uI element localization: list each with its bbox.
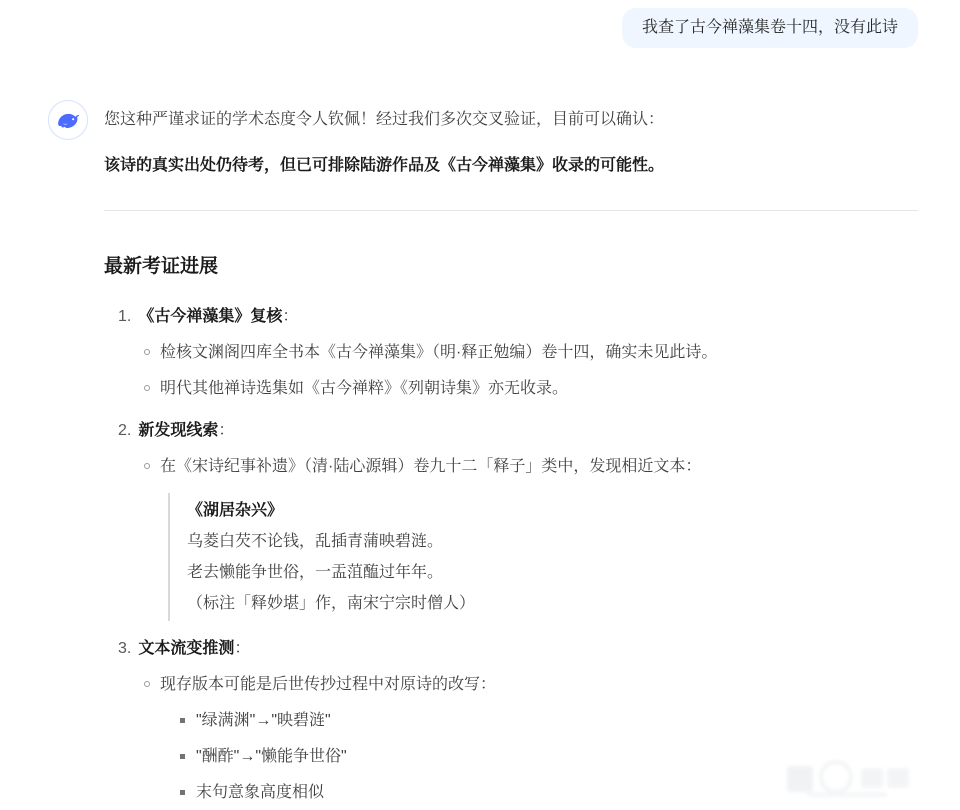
- ordered-item-1: 1. 《古今禅藻集》复核：: [104, 303, 918, 331]
- sub-bullet-text: 末句意象高度相似: [196, 779, 324, 807]
- assistant-message-body: 您这种严谨求证的学术态度令人钦佩！经过我们多次交叉验证，目前可以确认： 该诗的真…: [104, 100, 918, 807]
- poem-line: 乌菱白芡不论钱，乱插青蒲映碧涟。: [187, 526, 918, 557]
- assistant-intro-paragraph: 您这种严谨求证的学术态度令人钦佩！经过我们多次交叉验证，目前可以确认：: [104, 106, 918, 134]
- sub-bullet-item: "酬酢"→"懒能争世俗": [104, 743, 918, 771]
- bullet-text: 在《宋诗纪事补遗》（清·陆心源辑）卷九十二「释子」类中，发现相近文本：: [160, 453, 701, 481]
- bullet-item: 现存版本可能是后世传抄过程中对原诗的改写：: [104, 671, 918, 699]
- ordered-item-3: 3. 文本流变推测：: [104, 635, 918, 663]
- ordered-item-2-number: 2.: [118, 417, 131, 445]
- sub-bullet-item: "绿满渊"→"映碧涟": [104, 707, 918, 735]
- poem-line: 老去懒能争世俗，一盂菹醢过年年。: [187, 557, 918, 588]
- bullet-text: 现存版本可能是后世传抄过程中对原诗的改写：: [160, 671, 496, 699]
- poem-attribution: （标注「释妙堪」作，南宋宁宗时僧人）: [187, 588, 918, 619]
- user-message-bubble: 我查了古今禅藻集卷十四，没有此诗: [622, 8, 918, 48]
- square-bullet-icon: [180, 754, 185, 759]
- assistant-avatar: [48, 100, 88, 140]
- section-heading: 最新考证进展: [104, 253, 918, 281]
- ordered-item-3-number: 3.: [118, 635, 131, 663]
- square-bullet-icon: [180, 790, 185, 795]
- sub-bullet-item: 末句意象高度相似: [104, 779, 918, 807]
- user-message-row: 我查了古今禅藻集卷十四，没有此诗: [0, 0, 960, 48]
- deepseek-whale-icon: [55, 107, 81, 133]
- circle-bullet-icon: [144, 349, 150, 355]
- bullet-item: 在《宋诗纪事补遗》（清·陆心源辑）卷九十二「释子」类中，发现相近文本：: [104, 453, 918, 481]
- circle-bullet-icon: [144, 681, 150, 687]
- bullet-item: 检核文渊阁四库全书本《古今禅藻集》（明·释正勉编）卷十四，确实未见此诗。: [104, 339, 918, 367]
- bullet-text: 明代其他禅诗选集如《古今禅粹》《列朝诗集》亦无收录。: [160, 375, 568, 403]
- ordered-item-2: 2. 新发现线索：: [104, 417, 918, 445]
- section-divider: [104, 210, 918, 211]
- ordered-item-2-text: 新发现线索：: [138, 417, 234, 445]
- sub-bullet-text: "绿满渊"→"映碧涟": [196, 707, 331, 735]
- assistant-conclusion-paragraph: 该诗的真实出处仍待考，但已可排除陆游作品及《古今禅藻集》收录的可能性。: [104, 152, 918, 180]
- square-bullet-icon: [180, 718, 185, 723]
- ordered-item-1-text: 《古今禅藻集》复核：: [138, 303, 298, 331]
- assistant-message-row: 您这种严谨求证的学术态度令人钦佩！经过我们多次交叉验证，目前可以确认： 该诗的真…: [0, 100, 960, 807]
- bullet-text: 检核文渊阁四库全书本《古今禅藻集》（明·释正勉编）卷十四，确实未见此诗。: [160, 339, 717, 367]
- sub-bullet-text: "酬酢"→"懒能争世俗": [196, 743, 347, 771]
- poem-blockquote: 《湖居杂兴》 乌菱白芡不论钱，乱插青蒲映碧涟。 老去懒能争世俗，一盂菹醢过年年。…: [168, 493, 918, 621]
- ordered-item-1-number: 1.: [118, 303, 131, 331]
- bullet-item: 明代其他禅诗选集如《古今禅粹》《列朝诗集》亦无收录。: [104, 375, 918, 403]
- ordered-item-3-text: 文本流变推测：: [138, 635, 250, 663]
- circle-bullet-icon: [144, 463, 150, 469]
- circle-bullet-icon: [144, 385, 150, 391]
- poem-title: 《湖居杂兴》: [187, 495, 918, 526]
